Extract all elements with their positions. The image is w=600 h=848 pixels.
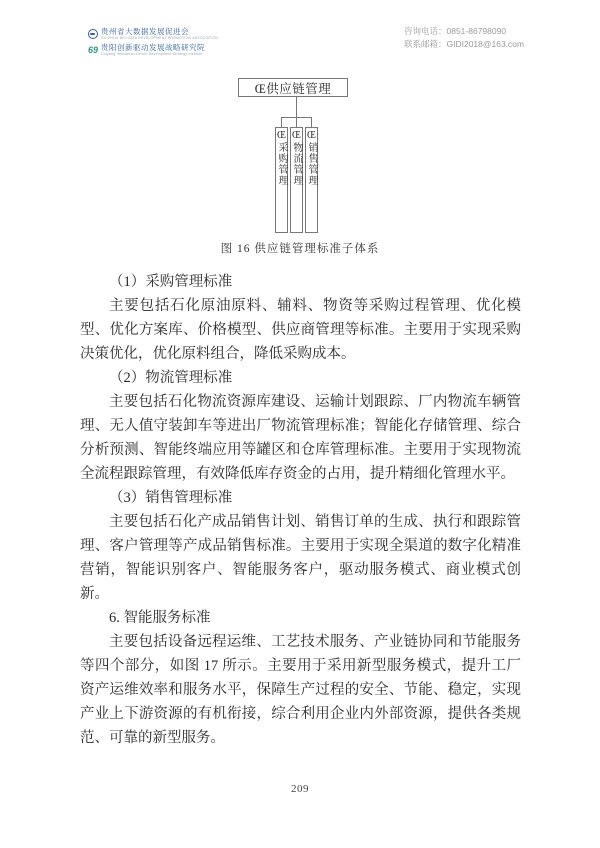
diagram-child-procurement: Œ采购管理 (275, 127, 288, 233)
heading-smart-service: 6. 智能服务标准 (80, 606, 521, 630)
page-number: 209 (0, 783, 600, 795)
connector-line (296, 117, 297, 127)
para-smart-service: 主要包括设备远程运维、工艺技术服务、产业链协同和节能服务等四个部分，如图 17 … (80, 630, 521, 750)
supply-chain-diagram: Œ供应链管理 Œ采购管理 Œ物流管理 Œ销售管理 图 16 供应链管理标准子体系 (0, 0, 600, 260)
body-text: （1）采购管理标准 主要包括石化原油原料、辅料、物资等采购过程管理、优化模型、优… (80, 270, 521, 750)
document-page: 贵州省大数据发展促进会 GUIZHOU BIG DATA DEVELOPMENT… (0, 0, 600, 848)
para-procurement: 主要包括石化原油原料、辅料、物资等采购过程管理、优化模型、优化方案库、价格模型、… (80, 294, 521, 366)
para-sales: 主要包括石化产成品销售计划、销售订单的生成、执行和跟踪管理、客户管理等产成品销售… (80, 510, 521, 606)
diagram-root-node: Œ供应链管理 (238, 78, 348, 97)
figure-caption: 图 16 供应链管理标准子体系 (0, 240, 600, 256)
heading-sales: （3）销售管理标准 (80, 486, 521, 510)
heading-logistics: （2）物流管理标准 (80, 366, 521, 390)
diagram-child-sales: Œ销售管理 (305, 127, 318, 233)
heading-procurement: （1）采购管理标准 (80, 270, 521, 294)
para-logistics: 主要包括石化物流资源库建设、运输计划跟踪、厂内物流车辆管理、无人值守装卸车等进出… (80, 390, 521, 486)
connector-line (311, 117, 312, 127)
connector-line (296, 97, 297, 117)
connector-line (281, 117, 282, 127)
diagram-child-logistics: Œ物流管理 (290, 127, 303, 233)
